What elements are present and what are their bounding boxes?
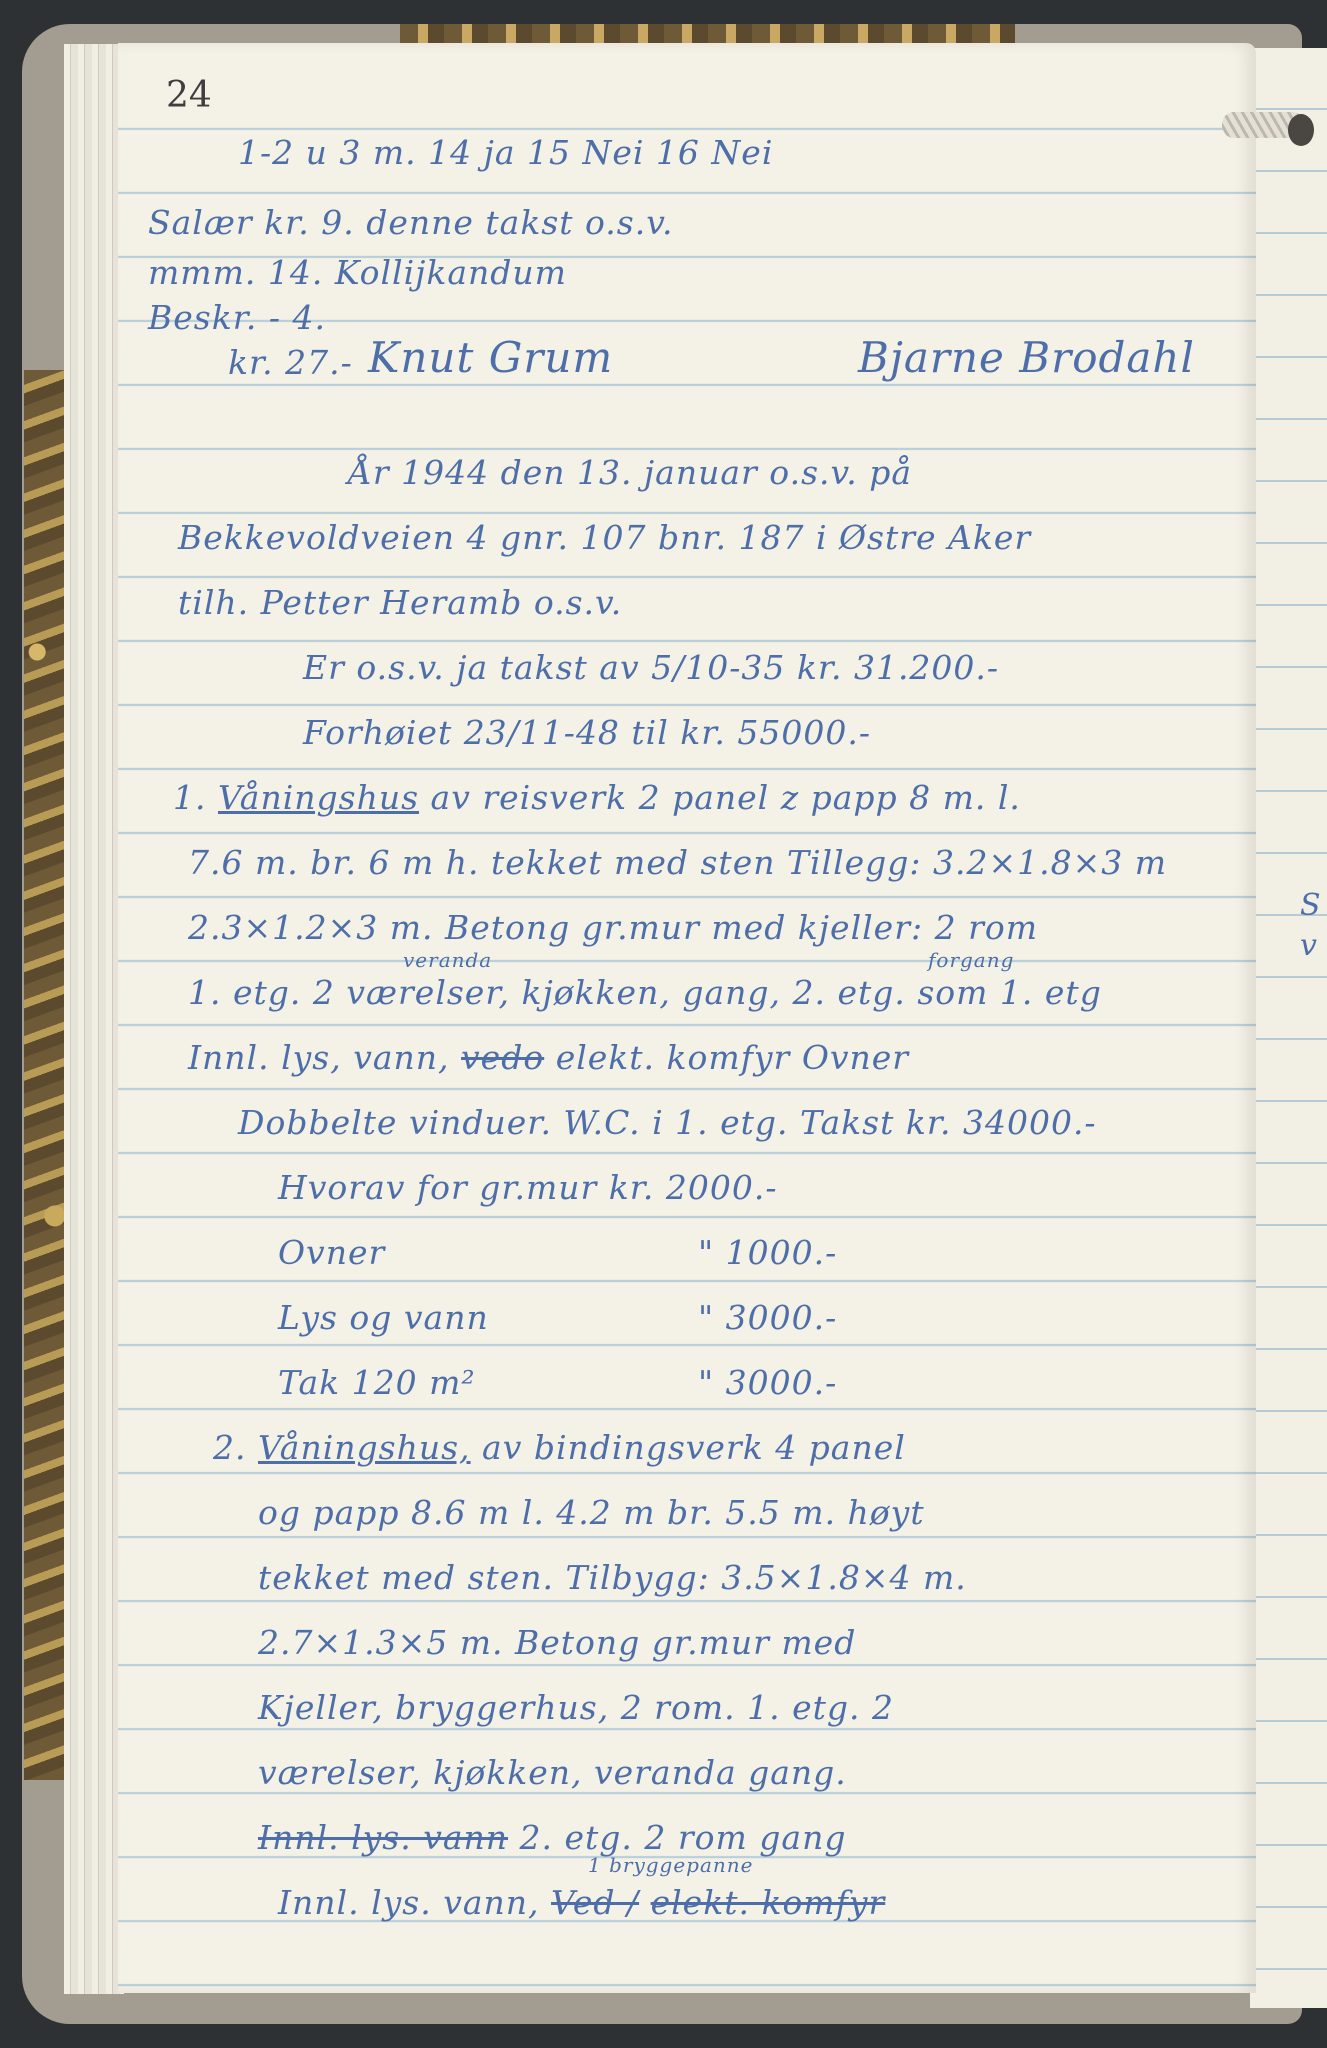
item2-line: 2.7×1.3×5 m. Betong gr.mur med: [258, 1623, 856, 1662]
intro-line: Er o.s.v. ja takst av 5/10-35 kr. 31.200…: [303, 648, 999, 687]
item2-line: Kjeller, bryggerhus, 2 rom. 1. etg. 2: [258, 1688, 894, 1727]
item2-line: 2. Våningshus, av bindingsverk 4 panel: [213, 1428, 906, 1467]
item1-line: 1. etg. 2 værelser, kjøkken, gang, 2. et…: [188, 973, 1102, 1012]
struck-text: Innl. lys. vann: [258, 1818, 508, 1857]
page-number: 24: [166, 75, 212, 116]
breakdown-value: " 3000.-: [698, 1363, 837, 1402]
item2-line: og papp 8.6 m l. 4.2 m br. 5.5 m. høyt: [258, 1493, 925, 1532]
item2-line: Innl. lys. vann, Ved / elekt. komfyr: [278, 1883, 885, 1922]
header-line: Beskr. - 4.: [148, 298, 326, 337]
insertion: forgang: [928, 948, 1014, 972]
header-line: 1-2 u 3 m. 14 ja 15 Nei 16 Nei: [238, 133, 773, 172]
intro-line: Forhøiet 23/11-48 til kr. 55000.-: [303, 713, 871, 752]
next-page-edge: S v: [1250, 48, 1327, 2008]
item2-title: Våningshus,: [258, 1428, 471, 1467]
signature: Bjarne Brodahl: [858, 333, 1195, 382]
breakdown-value: " 1000.-: [698, 1233, 837, 1272]
breakdown-value: " 3000.-: [698, 1298, 837, 1337]
ledger-page: 24 1-2 u 3 m. 14 ja 15 Nei 16 Nei Salær …: [118, 43, 1256, 1993]
item1-line: Innl. lys, vann, vedo elekt. komfyr Ovne…: [188, 1038, 909, 1077]
item1-line: 2.3×1.2×3 m. Betong gr.mur med kjeller: …: [188, 908, 1038, 947]
item2-line: værelser, kjøkken, veranda gang.: [258, 1753, 847, 1792]
insertion: 1 bryggepanne: [588, 1853, 754, 1877]
header-line: mmm. 14. Kollijkandum: [148, 253, 567, 292]
margin-mark: v: [1300, 928, 1317, 963]
breakdown-label: Ovner: [278, 1233, 385, 1272]
intro-line: År 1944 den 13. januar o.s.v. på: [348, 453, 912, 492]
page-stack-edge: [64, 44, 124, 1994]
binding-hole: [1288, 114, 1314, 146]
item1-title: Våningshus: [218, 778, 419, 817]
struck-text: Ved /: [551, 1883, 639, 1922]
breakdown-title: Hvorav for gr.mur kr. 2000.-: [278, 1168, 778, 1207]
marbled-top-edge: [400, 24, 1015, 44]
intro-line: tilh. Petter Heramb o.s.v.: [178, 583, 622, 622]
breakdown-label: Lys og vann: [278, 1298, 489, 1337]
header-line: Salær kr. 9. denne takst o.s.v.: [148, 203, 673, 242]
item2-line: tekket med sten. Tilbygg: 3.5×1.8×4 m.: [258, 1558, 967, 1597]
intro-line: Bekkevoldveien 4 gnr. 107 bnr. 187 i Øst…: [178, 518, 1031, 557]
margin-mark: S: [1300, 888, 1321, 923]
signature: Knut Grum: [368, 333, 613, 382]
item1-line: 7.6 m. br. 6 m h. tekket med sten Tilleg…: [188, 843, 1167, 882]
fee-total: kr. 27.-: [228, 343, 353, 382]
struck-text: vedo: [461, 1038, 544, 1077]
item1-line: 1. Våningshus av reisverk 2 panel z papp…: [173, 778, 1021, 817]
breakdown-label: Tak 120 m²: [278, 1363, 476, 1402]
struck-text: elekt. komfyr: [651, 1883, 886, 1922]
item2-line: Innl. lys. vann 2. etg. 2 rom gang: [258, 1818, 846, 1857]
marbled-spine: [24, 370, 68, 1780]
item1-line: Dobbelte vinduer. W.C. i 1. etg. Takst k…: [238, 1103, 1097, 1142]
insertion: veranda: [403, 948, 492, 972]
